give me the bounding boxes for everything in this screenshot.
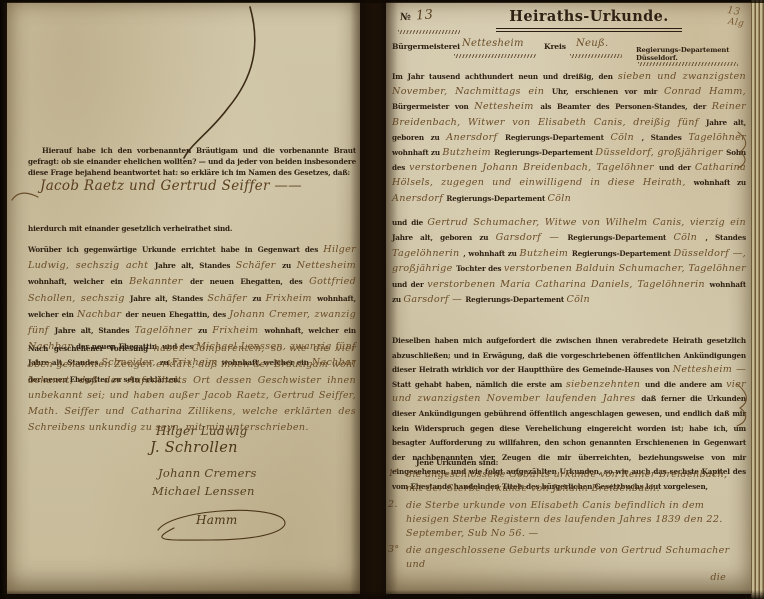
text-segment: Im Jahr tausend achthundert neun und dre… bbox=[392, 72, 618, 81]
text-segment: verstorbenen Johann Breidenbach, Tagelöh… bbox=[409, 162, 659, 173]
record-number-underline bbox=[398, 30, 460, 34]
text-segment: Cöln bbox=[674, 232, 706, 243]
text-segment: der neuen Ehegattin, des bbox=[125, 310, 229, 319]
text-segment: der neuen Ehegatten, des bbox=[190, 277, 309, 286]
margin-swash bbox=[10, 188, 40, 204]
list-item-text: die angeschlossene Geburts urkunde von G… bbox=[406, 544, 746, 572]
text-segment: Nachbar bbox=[77, 309, 125, 320]
record-number-label: № bbox=[400, 12, 411, 23]
text-segment: Regierungs-Departement bbox=[572, 249, 674, 258]
list-item-text: die Sterbe urkunde von Elisabeth Canis b… bbox=[406, 499, 746, 541]
text-segment: Garsdorf — bbox=[403, 294, 465, 305]
signature-johann-cremers: Johann Cremers bbox=[158, 466, 257, 480]
text-segment: Tochter des bbox=[456, 264, 504, 273]
documents-heading: Jene Urkunden sind: bbox=[416, 458, 498, 467]
text-segment: und der bbox=[659, 163, 695, 172]
document-title: Heiraths-Urkunde. bbox=[474, 8, 704, 25]
text-segment: zu bbox=[198, 326, 212, 335]
text-segment: Regierungs-Departement bbox=[567, 233, 673, 242]
signature-hilger-ludwig: Hilger Ludwig bbox=[156, 424, 248, 438]
record-number-value: 13 bbox=[415, 7, 433, 23]
bride-paragraph: und die Gertrud Schumacher, Witwe von Wi… bbox=[392, 214, 746, 306]
list-item-text: die angeschlossene Geburts urkunde von R… bbox=[406, 468, 746, 496]
text-segment: Regierungs-Departement bbox=[465, 295, 566, 304]
text-segment: Anersdorf bbox=[446, 132, 505, 143]
married-statement: hierdurch mit einander gesetzlich verhei… bbox=[28, 224, 356, 233]
text-segment: zu bbox=[282, 261, 297, 270]
kreis-label: Kreis bbox=[544, 42, 566, 51]
signature-hamm: Hamm bbox=[196, 513, 238, 527]
text-segment: Garsdorf — bbox=[496, 232, 568, 243]
text-segment: , Standes bbox=[642, 133, 689, 142]
text-segment: Cöln bbox=[566, 294, 590, 305]
text-segment: Nach geschehener Vorlesung bbox=[28, 344, 154, 353]
question-paragraph: Hierauf habe ich den vorbenannten Bräuti… bbox=[28, 145, 356, 178]
text-segment: wohnhaft zu bbox=[392, 148, 442, 157]
text-segment: Tagelöhner bbox=[134, 325, 198, 336]
text-segment: Düsseldorf, großjähriger bbox=[595, 147, 726, 158]
text-segment: Nettesheim bbox=[297, 260, 356, 271]
text-segment: siebenzehnten bbox=[566, 379, 645, 390]
text-segment: Bekannter bbox=[129, 276, 190, 287]
text-segment: als Beamter des Personen-Standes, der bbox=[540, 102, 711, 111]
list-item: 2. die Sterbe urkunde von Elisabeth Cani… bbox=[388, 499, 746, 541]
book-bottom-edge bbox=[0, 590, 764, 599]
text-segment: Schäfer bbox=[207, 293, 252, 304]
documents-list: 1° die angeschlossene Geburts urkunde vo… bbox=[388, 468, 746, 572]
text-segment: wohnhaft, welcher ein bbox=[264, 326, 356, 335]
margin-flourish bbox=[734, 130, 750, 170]
text-segment: Butzheim bbox=[442, 147, 494, 158]
text-segment: Bürgermeister von bbox=[392, 102, 474, 111]
departement-label: Regierungs-Departement Düsseldorf. bbox=[636, 46, 748, 62]
corner-paraph: Alg bbox=[727, 17, 744, 29]
text-segment: , Standes bbox=[705, 233, 746, 242]
buergermeisterei-underline bbox=[454, 54, 536, 58]
text-segment: Regierungs-Departement bbox=[446, 194, 547, 203]
couple-names-line: Jacob Raetz und Gertrud Seiffer —— bbox=[40, 178, 340, 194]
text-segment: Nettesheim bbox=[474, 101, 540, 112]
text-segment: und der bbox=[392, 280, 427, 289]
text-segment: Nettesheim — bbox=[673, 364, 746, 375]
buergermeisterei-label: Bürgermeisterei bbox=[392, 42, 460, 51]
text-segment: Tagelöhnerin bbox=[392, 248, 463, 259]
list-item-number: 2. bbox=[388, 499, 398, 510]
book-left-edge bbox=[0, 0, 7, 599]
intro-paragraph: Im Jahr tausend achthundert neun und dre… bbox=[392, 68, 746, 205]
text-segment: Regierungs-Departement bbox=[494, 148, 595, 157]
catchword: die bbox=[710, 572, 726, 583]
ink-flourish-stroke bbox=[174, 4, 266, 162]
text-segment: Butzheim bbox=[520, 248, 572, 259]
title-rule bbox=[496, 28, 682, 32]
text-segment: wohnhaft, welcher ein bbox=[28, 277, 129, 286]
departement-underline bbox=[638, 62, 738, 66]
text-segment: zu bbox=[252, 294, 265, 303]
list-item-number: 1° bbox=[388, 468, 399, 479]
text-segment: Conrad Hamm, bbox=[664, 86, 746, 97]
text-segment: Frixheim bbox=[266, 293, 317, 304]
text-segment: und die bbox=[392, 218, 427, 227]
text-segment: Cöln bbox=[548, 193, 572, 204]
text-segment: Worüber ich gegenwärtige Urkunde erricht… bbox=[28, 245, 323, 254]
text-segment: Jahre alt, geboren zu bbox=[392, 233, 496, 242]
text-segment: Anersdorf bbox=[392, 193, 446, 204]
signature-hamm-flourish: Hamm bbox=[144, 502, 294, 548]
text-segment: Gertrud Schumacher, Witwe von Wilhelm Ca… bbox=[427, 217, 746, 228]
text-segment: , wohnhaft zu bbox=[463, 249, 519, 258]
buergermeisterei-value: Nettesheim bbox=[462, 38, 524, 49]
text-segment: Cöln bbox=[610, 132, 641, 143]
closing-paragraph: Nach geschehener Vorlesung haben Compare… bbox=[28, 340, 356, 435]
list-item: 1° die angeschlossene Geburts urkunde vo… bbox=[388, 468, 746, 496]
text-segment: Jahre alt, Standes bbox=[55, 326, 135, 335]
margin-flourish bbox=[734, 382, 750, 428]
text-segment: und die andere am bbox=[645, 380, 726, 389]
text-segment: wohnhaft zu bbox=[694, 178, 746, 187]
kreis-underline bbox=[570, 54, 622, 58]
signature-schrollen: J. Schrollen bbox=[150, 440, 238, 456]
list-item-number: 3° bbox=[388, 544, 399, 555]
list-item: 3° die angeschlossene Geburts urkunde vo… bbox=[388, 544, 746, 572]
text-segment: verstorbenen Balduin Schumacher, Tagelöh… bbox=[504, 263, 746, 274]
register-scan: Hierauf habe ich den vorbenannten Bräuti… bbox=[0, 0, 764, 599]
left-page: Hierauf habe ich den vorbenannten Bräuti… bbox=[6, 2, 360, 594]
text-segment: Frixheim bbox=[212, 325, 264, 336]
kreis-value: Neuß. bbox=[576, 38, 608, 49]
text-segment: Schäfer bbox=[236, 260, 282, 271]
page-stack-edge bbox=[751, 0, 764, 599]
text-segment: Statt gehabt haben, nämlich die erste am bbox=[392, 380, 566, 389]
text-segment: Uhr, erschienen vor mir bbox=[552, 87, 664, 96]
signature-michael-lenssen: Michael Lenssen bbox=[152, 484, 255, 498]
text-segment: Jahre alt, Standes bbox=[130, 294, 207, 303]
text-segment: haben Comparenten, so wie die vier oben … bbox=[28, 343, 356, 433]
text-segment: Regierungs-Departement bbox=[505, 133, 610, 142]
text-segment: Jahre alt, Standes bbox=[155, 261, 236, 270]
text-segment: verstorbenen Maria Catharina Daniels, Ta… bbox=[427, 279, 709, 290]
book-top-edge bbox=[0, 0, 764, 3]
right-page: № 13 Heiraths-Urkunde. 13 Alg Bürgermeis… bbox=[386, 2, 752, 594]
